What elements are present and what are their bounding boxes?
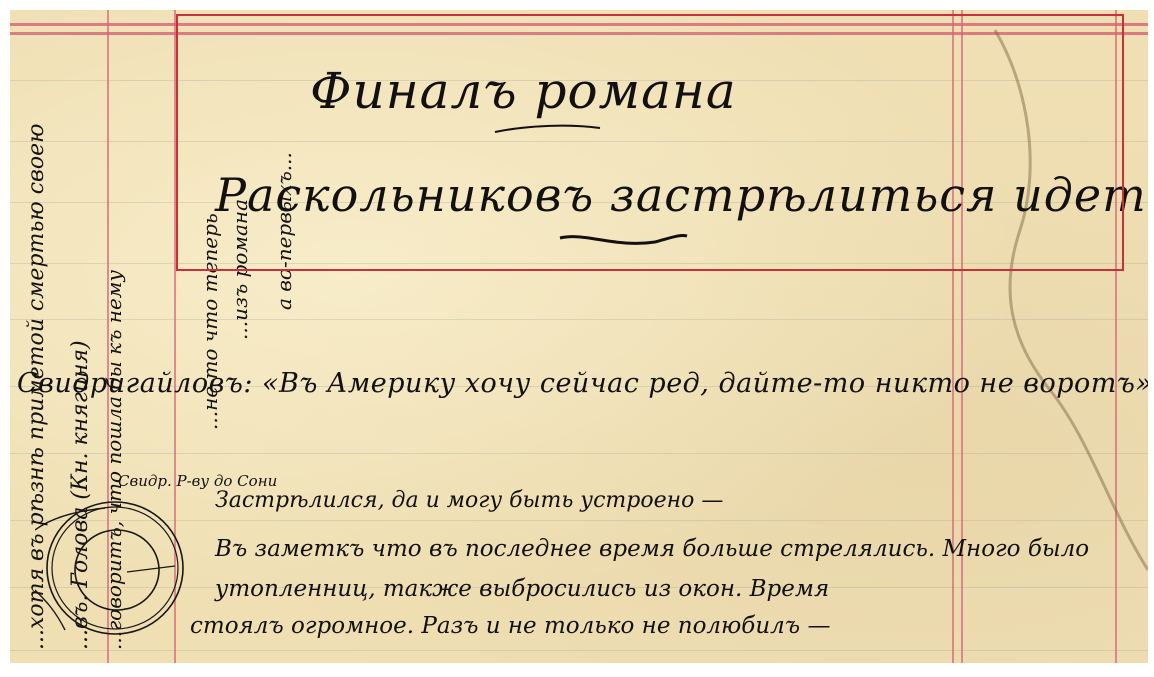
body-line: Въ заметкъ что въ последнее время больше… [215, 536, 1089, 562]
circle-doodle [35, 490, 195, 650]
underline-flourish [555, 228, 695, 252]
body-line: стоялъ огромное. Разъ и не только не пол… [190, 613, 830, 639]
body-line: Свидригайловъ: «Въ Америку хочу сейчас р… [17, 368, 1148, 399]
heading-line-2: Раскольниковъ застрѣлиться идетъ [215, 168, 1148, 222]
body-line: Застрѣлился, да и могу быть устроено — [215, 488, 723, 513]
underline-flourish [490, 120, 610, 140]
heading-line-1: Финалъ романа [310, 62, 737, 120]
body-line: утопленниц, также выбросились из окон. В… [215, 576, 829, 602]
manuscript-page: ...хотя въ рѣзнѣ приметой смертью своею … [10, 10, 1148, 663]
